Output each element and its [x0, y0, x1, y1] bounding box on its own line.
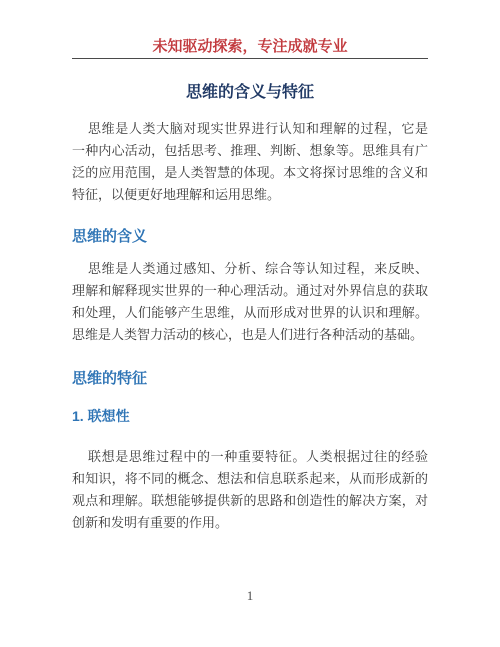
paragraph-line: 联想是思维过程中的一种重要特征。人类根据过往的经验 — [72, 446, 428, 468]
page-header: 未知驱动探索，专注成就专业 — [72, 0, 428, 59]
document-page: 未知驱动探索，专注成就专业 思维的含义与特征 思维是人类大脑对现实世界进行认知和… — [0, 0, 500, 647]
paragraph-line: 理解和解释现实世界的一种心理活动。通过对外界信息的获取 — [72, 280, 428, 302]
meaning-paragraph: 思维是人类通过感知、分析、综合等认知过程，来反映、 理解和解释现实世界的一种心理… — [72, 258, 428, 346]
paragraph-line: 特征，以便更好地理解和运用思维。 — [72, 184, 428, 206]
paragraph-line: 观点和理解。联想能够提供新的思路和创造性的解决方案，对 — [72, 490, 428, 512]
paragraph-line: 思维是人类大脑对现实世界进行认知和理解的过程，它是 — [72, 118, 428, 140]
header-slogan: 未知驱动探索，专注成就专业 — [72, 36, 428, 58]
page-footer: 1 — [72, 586, 428, 606]
paragraph-line: 泛的应用范围，是人类智慧的体现。本文将探讨思维的含义和 — [72, 162, 428, 184]
paragraph-line: 和处理，人们能够产生思维，从而形成对世界的认识和理解。 — [72, 302, 428, 324]
paragraph-line: 创新和发明有重要的作用。 — [72, 512, 428, 534]
subsection-heading-association: 1. 联想性 — [72, 405, 428, 427]
paragraph-line: 和知识，将不同的概念、想法和信息联系起来，从而形成新的 — [72, 468, 428, 490]
page-content: 未知驱动探索，专注成就专业 思维的含义与特征 思维是人类大脑对现实世界进行认知和… — [72, 0, 428, 606]
section-heading-meaning: 思维的含义 — [72, 226, 428, 248]
header-divider — [72, 58, 428, 59]
page-title: 思维的含义与特征 — [72, 82, 428, 104]
paragraph-line: 一种内心活动，包括思考、推理、判断、想象等。思维具有广 — [72, 140, 428, 162]
section-heading-features: 思维的特征 — [72, 368, 428, 390]
page-number: 1 — [247, 588, 254, 603]
intro-paragraph: 思维是人类大脑对现实世界进行认知和理解的过程，它是 一种内心活动，包括思考、推理… — [72, 118, 428, 206]
paragraph-line: 思维是人类通过感知、分析、综合等认知过程，来反映、 — [72, 258, 428, 280]
association-paragraph: 联想是思维过程中的一种重要特征。人类根据过往的经验 和知识，将不同的概念、想法和… — [72, 446, 428, 534]
paragraph-line: 思维是人类智力活动的核心，也是人们进行各种活动的基础。 — [72, 324, 428, 346]
